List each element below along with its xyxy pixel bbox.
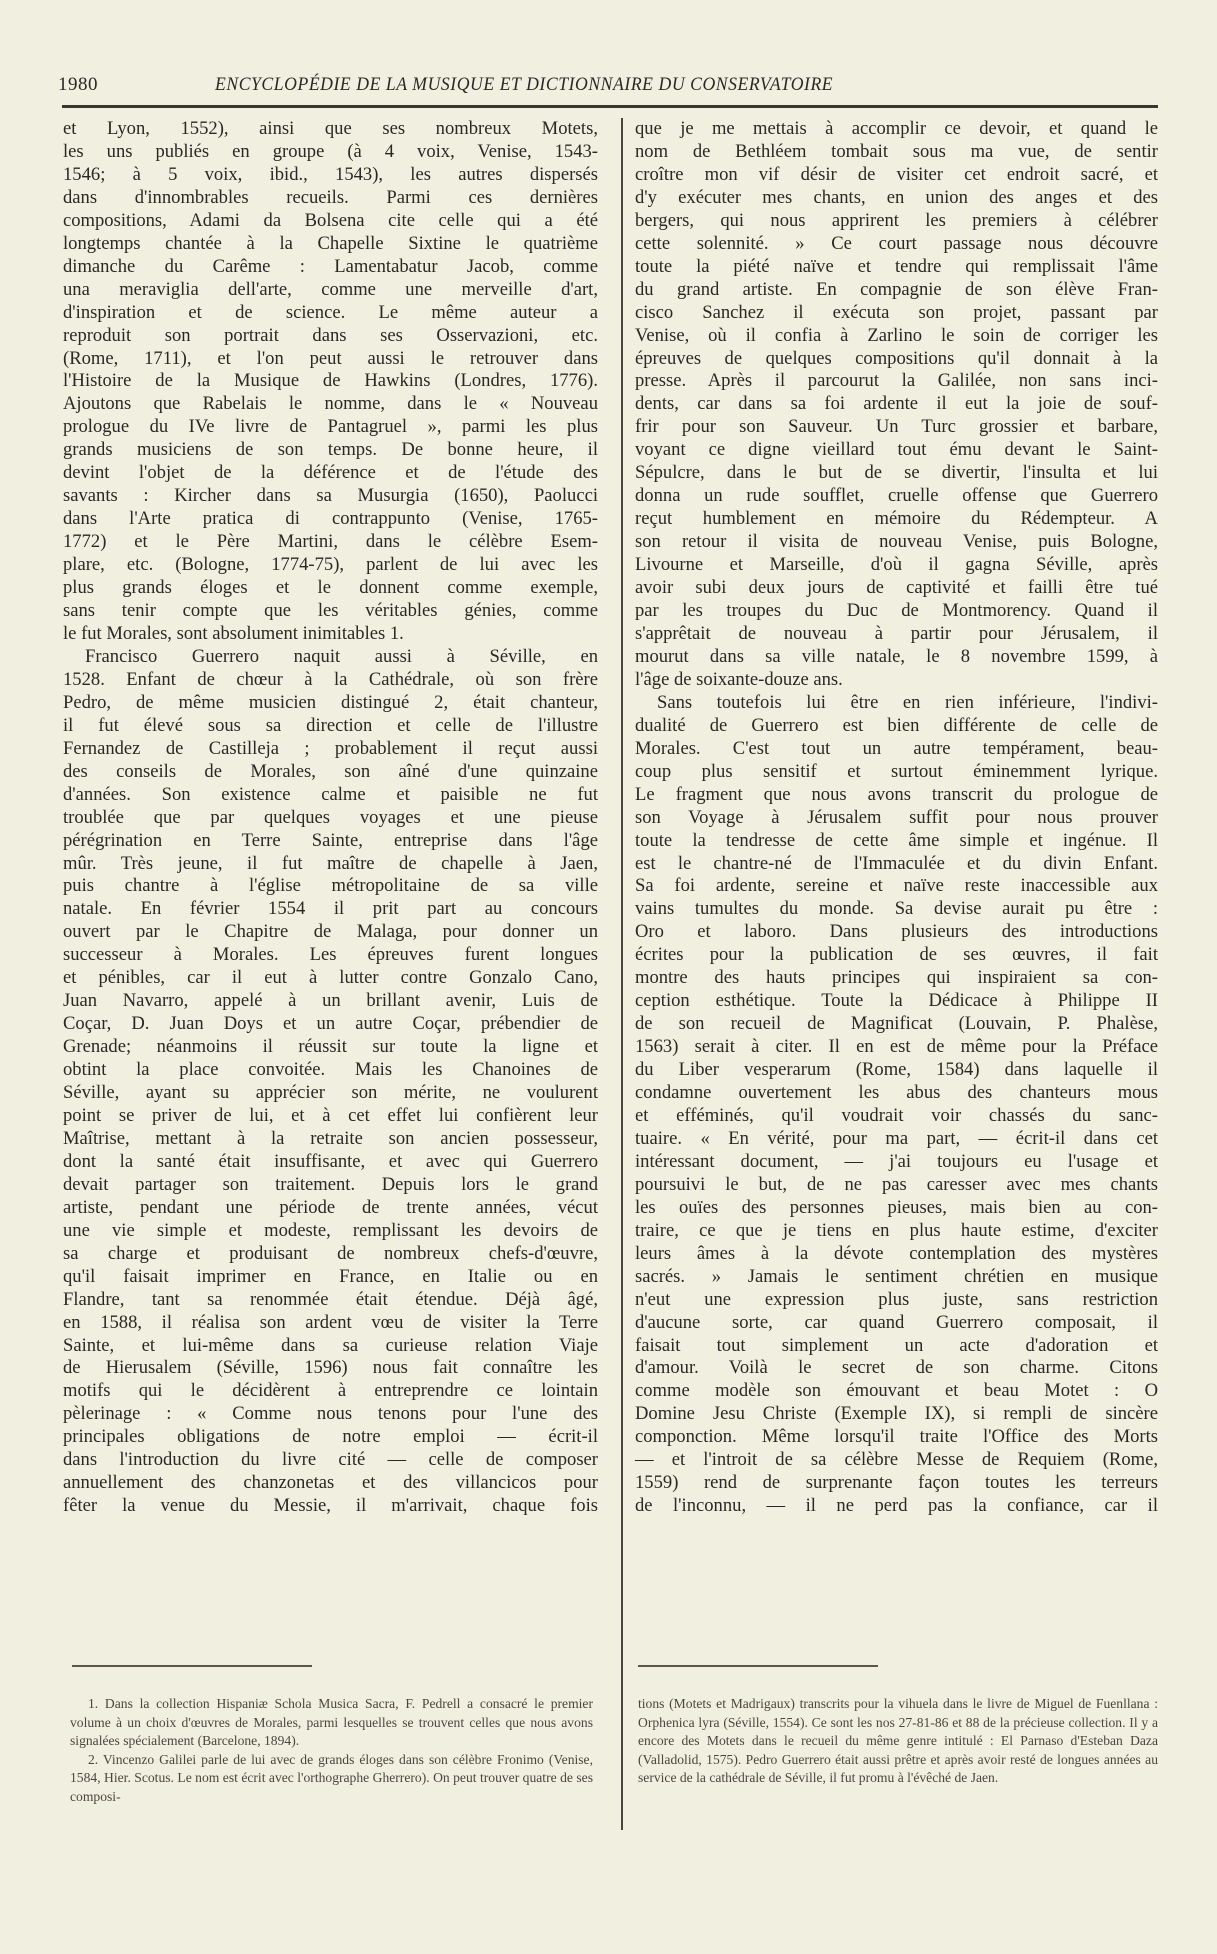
text-line: qu'il faisait imprimer en France, en Ita… xyxy=(63,1266,598,1289)
text-line: point se priver de lui, et à cet effet l… xyxy=(63,1105,598,1128)
text-line: montre des hauts principes qui inspiraie… xyxy=(635,967,1158,990)
text-line: Sans toutefois lui être en rien inférieu… xyxy=(635,692,1158,715)
text-line: presse. Après il parcourut la Galilée, n… xyxy=(635,370,1158,393)
text-line: par les troupes du Duc de Montmorency. Q… xyxy=(635,600,1158,623)
right-column: que je me mettais à accomplir ce devoir,… xyxy=(635,118,1158,1518)
text-line: poursuivi le but, de ne pas caresser ave… xyxy=(635,1174,1158,1197)
text-line: savants : Kircher dans sa Musurgia (1650… xyxy=(63,485,598,508)
text-line: en 1588, il réalisa son ardent vœu de vi… xyxy=(63,1312,598,1335)
text-line: Sépulcre, dans le but de se divertir, l'… xyxy=(635,462,1158,485)
text-line: Maîtrise, mettant à la retraite son anci… xyxy=(63,1128,598,1151)
text-line: grands musiciens de son temps. De bonne … xyxy=(63,439,598,462)
text-line: Fernandez de Castilleja ; probablement i… xyxy=(63,738,598,761)
text-line: annuellement des chanzonetas et des vill… xyxy=(63,1472,598,1495)
text-line: dans l'Arte pratica di contrappunto (Ven… xyxy=(63,508,598,531)
text-line: tuaire. « En vérité, pour ma part, — écr… xyxy=(635,1128,1158,1151)
text-line: reproduit son portrait dans ses Osservaz… xyxy=(63,325,598,348)
left-column: et Lyon, 1552), ainsi que ses nombreux M… xyxy=(63,118,598,1518)
footnotes-left: 1. Dans la collection Hispaniæ Schola Mu… xyxy=(70,1695,593,1807)
text-line: d'y exécuter mes chants, en union des an… xyxy=(635,187,1158,210)
text-line: artiste, pendant une période de trente a… xyxy=(63,1197,598,1220)
text-line: les ouïes des personnes pieuses, mais bi… xyxy=(635,1197,1158,1220)
text-line: obtint la place convoitée. Mais les Chan… xyxy=(63,1059,598,1082)
text-line: dans d'innombrables recueils. Parmi ces … xyxy=(63,187,598,210)
text-line: 1563) serait à citer. Il en est de même … xyxy=(635,1036,1158,1059)
text-line: des conseils de Morales, son aîné d'une … xyxy=(63,761,598,784)
text-line: l'âge de soixante-douze ans. xyxy=(635,669,1158,692)
text-line: dents, car dans sa foi ardente il eut la… xyxy=(635,393,1158,416)
text-line: Sa foi ardente, sereine et naïve reste i… xyxy=(635,875,1158,898)
text-line: son retour il visita de nouveau Venise, … xyxy=(635,531,1158,554)
text-line: Sainte, et lui-même dans sa curieuse rel… xyxy=(63,1335,598,1358)
text-line: d'aucune sorte, car quand Guerrero compo… xyxy=(635,1312,1158,1335)
text-line: 1772) et le Père Martini, dans le célèbr… xyxy=(63,531,598,554)
text-line: motifs qui le décidèrent à entreprendre … xyxy=(63,1380,598,1403)
text-line: dimanche du Carême : Lamentabatur Jacob,… xyxy=(63,256,598,279)
text-line: le fut Morales, sont absolument inimitab… xyxy=(63,623,598,646)
text-line: toute la tendresse de cette âme simple e… xyxy=(635,830,1158,853)
text-line: Morales. C'est tout un autre tempérament… xyxy=(635,738,1158,761)
text-line: leurs âmes à la dévote contemplation des… xyxy=(635,1243,1158,1266)
text-line: s'apprêtait de nouveau à partir pour Jér… xyxy=(635,623,1158,646)
text-line: Pedro, de même musicien distingué 2, éta… xyxy=(63,692,598,715)
text-line: sacrés. » Jamais le sentiment chrétien e… xyxy=(635,1266,1158,1289)
text-line: ouvert par le Chapitre de Malaga, pour d… xyxy=(63,921,598,944)
text-line: sa charge et produisant de nombreux chef… xyxy=(63,1243,598,1266)
text-line: est le chantre-né de l'Immaculée et du d… xyxy=(635,853,1158,876)
text-line: n'eut une expression plus juste, sans re… xyxy=(635,1289,1158,1312)
text-line: 1528. Enfant de chœur à la Cathédrale, o… xyxy=(63,669,598,692)
text-line: de l'inconnu, — il ne perd pas la confia… xyxy=(635,1495,1158,1518)
text-line: Francisco Guerrero naquit aussi à Sévill… xyxy=(63,646,598,669)
text-line: donna un rude soufflet, cruelle offense … xyxy=(635,485,1158,508)
footnote: tions (Motets et Madrigaux) transcrits p… xyxy=(638,1695,1158,1788)
text-line: compositions, Adami da Bolsena cite cell… xyxy=(63,210,598,233)
text-line: ception esthétique. Toute la Dédicace à … xyxy=(635,990,1158,1013)
text-line: Le fragment que nous avons transcrit du … xyxy=(635,784,1158,807)
text-line: fêter la venue du Messie, il m'arrivait,… xyxy=(63,1495,598,1518)
text-line: Livourne et Marseille, d'où il gagna Sév… xyxy=(635,554,1158,577)
text-line: Juan Navarro, appelé à un brillant aveni… xyxy=(63,990,598,1013)
text-line: épreuves de quelques compositions qu'il … xyxy=(635,348,1158,371)
footnotes-right: tions (Motets et Madrigaux) transcrits p… xyxy=(638,1695,1158,1788)
text-line: plare, etc. (Bologne, 1774-75), parlent … xyxy=(63,554,598,577)
text-line: mûr. Très jeune, il fut maître de chapel… xyxy=(63,853,598,876)
text-line: son Voyage à Jérusalem suffit pour nous … xyxy=(635,807,1158,830)
text-line: Oro et laboro. Dans plusieurs des introd… xyxy=(635,921,1158,944)
text-line: voyant ce digne vieillard tout ému devan… xyxy=(635,439,1158,462)
footnote-rule-right xyxy=(638,1665,878,1667)
text-line: cisco Sanchez il exécuta son projet, pas… xyxy=(635,302,1158,325)
text-line: successeur à Morales. Les épreuves furen… xyxy=(63,944,598,967)
text-line: il fut élevé sous sa direction et celle … xyxy=(63,715,598,738)
text-line: sans tenir compte que les véritables gén… xyxy=(63,600,598,623)
page-number: 1980 xyxy=(58,74,98,96)
header-rule xyxy=(62,105,1158,108)
text-line: et efféminés, qu'il voudrait voir chassé… xyxy=(635,1105,1158,1128)
text-line: du grand artiste. En compagnie de son él… xyxy=(635,279,1158,302)
text-line: faisait tout simplement un acte d'adorat… xyxy=(635,1335,1158,1358)
text-line: devait partager son traitement. Depuis l… xyxy=(63,1174,598,1197)
text-line: toute la piété naïve et tendre qui rempl… xyxy=(635,256,1158,279)
text-line: d'années. Son existence calme et paisibl… xyxy=(63,784,598,807)
text-line: principales obligations de notre emploi … xyxy=(63,1426,598,1449)
running-title: ENCYCLOPÉDIE DE LA MUSIQUE ET DICTIONNAI… xyxy=(215,74,833,96)
text-line: condamne ouvertement les abus des chante… xyxy=(635,1082,1158,1105)
text-line: bergers, qui nous apprirent les premiers… xyxy=(635,210,1158,233)
text-line: que je me mettais à accomplir ce devoir,… xyxy=(635,118,1158,141)
text-line: Grenade; néanmoins il réussit sur toute … xyxy=(63,1036,598,1059)
text-line: longtemps chantée à la Chapelle Sixtine … xyxy=(63,233,598,256)
text-line: écrites pour la publication de ses œuvre… xyxy=(635,944,1158,967)
text-line: reçut humblement en mémoire du Rédempteu… xyxy=(635,508,1158,531)
text-line: Coçar, D. Juan Doys et un autre Coçar, p… xyxy=(63,1013,598,1036)
footnote: 1. Dans la collection Hispaniæ Schola Mu… xyxy=(70,1695,593,1751)
text-line: une vie simple et modeste, remplissant l… xyxy=(63,1220,598,1243)
text-line: comme modèle son émouvant et beau Motet … xyxy=(635,1380,1158,1403)
text-line: dans l'introduction du livre cité — cell… xyxy=(63,1449,598,1472)
text-line: — et l'introit de sa célèbre Messe de Re… xyxy=(635,1449,1158,1472)
footnote-rule-left xyxy=(72,1665,312,1667)
text-line: du Liber vesperarum (Rome, 1584) dans la… xyxy=(635,1059,1158,1082)
text-line: natale. En février 1554 il prit part au … xyxy=(63,898,598,921)
text-line: cette solennité. » Ce court passage nous… xyxy=(635,233,1158,256)
text-line: pérégrination en Terre Sainte, entrepris… xyxy=(63,830,598,853)
text-line: dualité de Guerrero est bien différente … xyxy=(635,715,1158,738)
text-line: croître mon vif désir de visiter cet end… xyxy=(635,164,1158,187)
text-line: et Lyon, 1552), ainsi que ses nombreux M… xyxy=(63,118,598,141)
text-line: dont la santé était insuffisante, et ave… xyxy=(63,1151,598,1174)
text-line: nom de Bethléem tombait sous ma vue, de … xyxy=(635,141,1158,164)
text-line: d'inspiration et de science. Le même aut… xyxy=(63,302,598,325)
text-line: coup plus sensitif et surtout éminemment… xyxy=(635,761,1158,784)
text-line: intéressant document, — j'ai toujours eu… xyxy=(635,1151,1158,1174)
text-line: Domine Jesu Christe (Exemple IX), si rem… xyxy=(635,1403,1158,1426)
text-line: et pénibles, car il eut à lutter contre … xyxy=(63,967,598,990)
column-divider xyxy=(621,118,623,1830)
text-line: (Rome, 1711), et l'on peut aussi le retr… xyxy=(63,348,598,371)
footnote: 2. Vincenzo Galilei parle de lui avec de… xyxy=(70,1751,593,1807)
text-line: plus grands éloges et le donnent comme e… xyxy=(63,577,598,600)
text-line: avoir subi deux jours de captivité et fa… xyxy=(635,577,1158,600)
text-line: troublée que par quelques voyages et une… xyxy=(63,807,598,830)
text-line: componction. Même lorsqu'il traite l'Off… xyxy=(635,1426,1158,1449)
text-line: puis chantre à l'église métropolitaine d… xyxy=(63,875,598,898)
text-line: frir pour son Sauveur. Un Turc grossier … xyxy=(635,416,1158,439)
text-line: de son recueil de Magnificat (Louvain, P… xyxy=(635,1013,1158,1036)
text-line: pèlerinage : « Comme nous tenons pour l'… xyxy=(63,1403,598,1426)
text-line: prologue du IVe livre de Pantagruel », p… xyxy=(63,416,598,439)
text-line: d'amour. Voilà le secret de son charme. … xyxy=(635,1357,1158,1380)
text-line: traire, ce que je tiens en plus haute es… xyxy=(635,1220,1158,1243)
text-line: de Hierusalem (Séville, 1596) nous fait … xyxy=(63,1357,598,1380)
text-line: Ajoutons que Rabelais le nomme, dans le … xyxy=(63,393,598,416)
text-line: devint l'objet de la déférence et de l'é… xyxy=(63,462,598,485)
text-line: 1546; à 5 voix, ibid., 1543), les autres… xyxy=(63,164,598,187)
text-line: les uns publiés en groupe (à 4 voix, Ven… xyxy=(63,141,598,164)
text-line: mourut dans sa ville natale, le 8 novemb… xyxy=(635,646,1158,669)
text-line: Venise, où il confia à Zarlino le soin d… xyxy=(635,325,1158,348)
text-line: Séville, ayant su apprécier son mérite, … xyxy=(63,1082,598,1105)
text-line: una meraviglia dell'arte, comme une merv… xyxy=(63,279,598,302)
text-line: vains tumultes du monde. Sa devise aurai… xyxy=(635,898,1158,921)
text-line: l'Histoire de la Musique de Hawkins (Lon… xyxy=(63,370,598,393)
text-line: 1559) rend de surprenante façon toutes l… xyxy=(635,1472,1158,1495)
text-line: Flandre, tant sa renommée était étendue.… xyxy=(63,1289,598,1312)
